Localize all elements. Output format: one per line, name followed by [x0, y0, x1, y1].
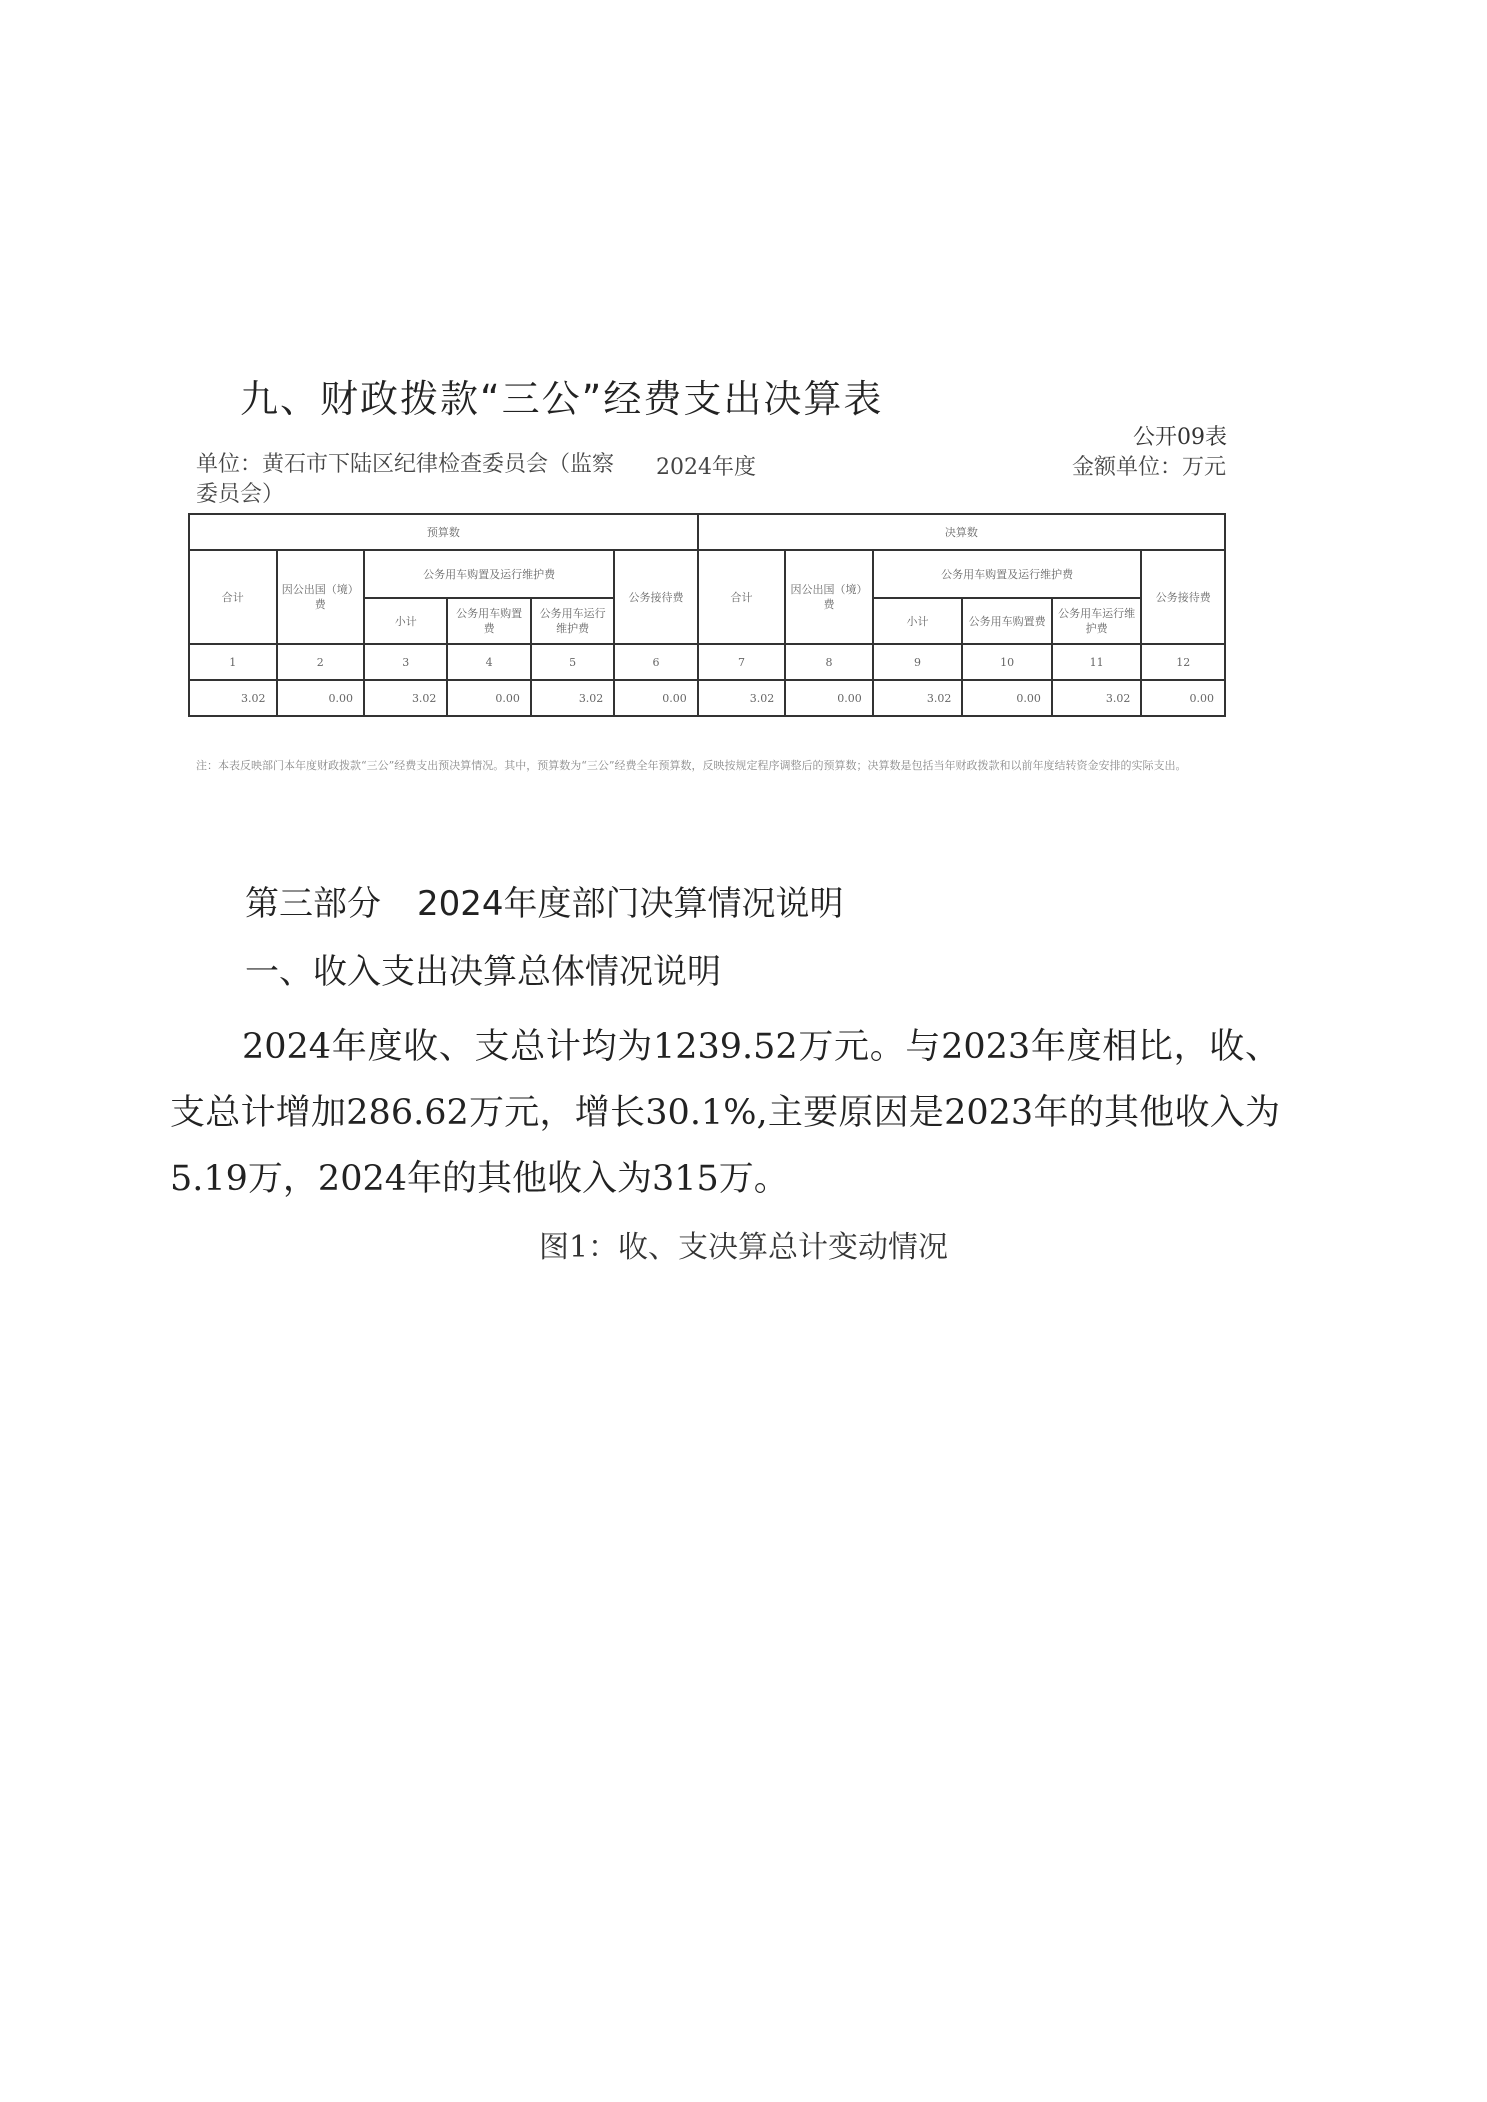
table-title: 九、财政拨款“三公”经费支出决算表: [240, 368, 883, 423]
value-cell: 3.02: [1052, 680, 1142, 716]
form-number: 公开09表: [1133, 420, 1227, 451]
col-index: 1: [189, 644, 277, 680]
part-title: 2024年度部门决算情况说明: [417, 884, 844, 924]
budget-group-header: 预算数: [189, 514, 698, 550]
part-label: 第三部分: [245, 884, 381, 924]
header-reception: 公务接待费: [1141, 550, 1225, 644]
figure-caption: 图1：收、支决算总计变动情况: [0, 1222, 1487, 1266]
col-index: 7: [698, 644, 786, 680]
value-cell: 0.00: [277, 680, 365, 716]
value-cell: 0.00: [785, 680, 873, 716]
table-note: 注：本表反映部门本年度财政拨款“三公”经费支出预决算情况。其中，预算数为“三公”…: [196, 758, 1236, 774]
header-vehicle: 公务用车购置及运行维护费: [873, 550, 1142, 598]
col-index: 5: [531, 644, 614, 680]
col-index: 11: [1052, 644, 1142, 680]
col-index: 10: [962, 644, 1052, 680]
header-subtotal: 小计: [873, 598, 963, 644]
header-vehicle-purchase: 公务用车购置费: [447, 598, 530, 644]
col-index: 8: [785, 644, 873, 680]
reporting-unit: 单位：黄石市下陆区纪律检查委员会（监察委员会）: [196, 450, 616, 510]
money-unit: 金额单位：万元: [1072, 450, 1226, 481]
value-cell: 3.02: [698, 680, 786, 716]
header-vehicle: 公务用车购置及运行维护费: [364, 550, 614, 598]
header-vehicle-purchase: 公务用车购置费: [962, 598, 1052, 644]
header-subtotal: 小计: [364, 598, 447, 644]
value-cell: 0.00: [1141, 680, 1225, 716]
col-index: 6: [614, 644, 697, 680]
column-index-row: 1 2 3 4 5 6 7 8 9 10 11 12: [189, 644, 1225, 680]
header-vehicle-operation: 公务用车运行维护费: [531, 598, 614, 644]
header-abroad: 因公出国（境）费: [277, 550, 365, 644]
header-abroad: 因公出国（境）费: [785, 550, 873, 644]
value-cell: 0.00: [614, 680, 697, 716]
column-header-row-1: 合计 因公出国（境）费 公务用车购置及运行维护费 公务接待费 合计 因公出国（境…: [189, 550, 1225, 598]
col-index: 12: [1141, 644, 1225, 680]
value-cell: 0.00: [962, 680, 1052, 716]
col-index: 2: [277, 644, 365, 680]
header-total: 合计: [698, 550, 786, 644]
col-index: 3: [364, 644, 447, 680]
table-row: 3.02 0.00 3.02 0.00 3.02 0.00 3.02 0.00 …: [189, 680, 1225, 716]
col-index: 9: [873, 644, 963, 680]
header-reception: 公务接待费: [614, 550, 697, 644]
fiscal-year: 2024年度: [656, 450, 756, 481]
body-paragraph: 2024年度收、支总计均为1239.52万元。与2023年度相比，收、支总计增加…: [170, 1014, 1280, 1212]
group-header-row: 预算数 决算数: [189, 514, 1225, 550]
value-cell: 0.00: [447, 680, 530, 716]
final-group-header: 决算数: [698, 514, 1225, 550]
header-total: 合计: [189, 550, 277, 644]
three-public-expenses-table: 预算数 决算数 合计 因公出国（境）费 公务用车购置及运行维护费 公务接待费 合…: [188, 513, 1226, 717]
value-cell: 3.02: [364, 680, 447, 716]
value-cell: 3.02: [531, 680, 614, 716]
header-vehicle-operation: 公务用车运行维护费: [1052, 598, 1142, 644]
part-heading: 第三部分2024年度部门决算情况说明: [245, 876, 844, 925]
value-cell: 3.02: [189, 680, 277, 716]
col-index: 4: [447, 644, 530, 680]
section-heading: 一、收入支出决算总体情况说明: [245, 944, 721, 993]
value-cell: 3.02: [873, 680, 963, 716]
